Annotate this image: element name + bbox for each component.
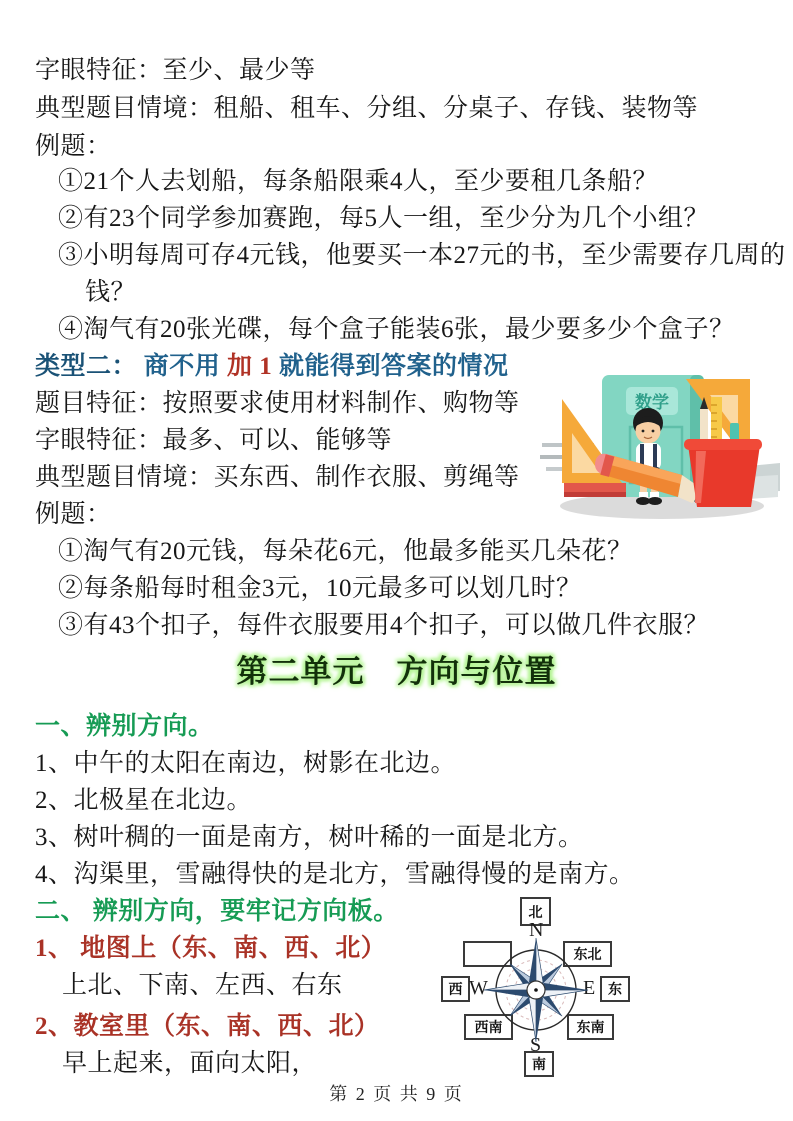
type2-text-red: 加 1: [227, 353, 279, 380]
document-page: 字眼特征：至少、最少等 典型题目情境：租船、租车、分组、分桌子、存钱、装物等 例…: [0, 0, 793, 1121]
line-example-1-3-cont: 钱？: [85, 272, 136, 308]
compass-east-box: 东: [600, 976, 630, 1002]
type2-text-blue2: 就能得到答案的情况: [279, 353, 509, 380]
direction-fact-3: 3、树叶稠的一面是南方，树叶稀的一面是北方。: [35, 817, 584, 853]
direction-fact-4: 4、沟渠里，雪融得快的是北方，雪融得慢的是南方。: [35, 854, 635, 890]
classroom-directions-line: 2、教室里（东、南、西、北）: [35, 1006, 380, 1042]
section1-heading: 一、辨别方向。: [35, 706, 214, 742]
direction-fact-1: 1、中午的太阳在南边，树影在北边。: [35, 743, 456, 779]
line-example-label-2: 例题：: [35, 494, 112, 530]
illustration-graphic: 数学: [540, 371, 782, 523]
map-directions-line: 1、 地图上（东、南、西、北）: [35, 928, 386, 964]
type2-text-blue1: 商不用: [144, 353, 221, 380]
line-example-2-1: ①淘气有20元钱，每朵花6元，他最多能买几朵花？: [58, 531, 633, 567]
line-example-1-3: ③小明每周可存4元钱，他要买一本27元的书，至少需要存几周的: [58, 235, 786, 271]
compass-south-box: 南: [524, 1051, 554, 1077]
line-example-1-1: ①21个人去划船，每条船限乘4人，至少要租几条船？: [58, 161, 658, 197]
unit2-title: 第二单元 方向与位置: [0, 646, 793, 691]
map-directions-rule: 上北、下南、左西、右东: [62, 965, 343, 1001]
line-example-1-4: ④淘气有20张光碟，每个盒子能装6张，最少要多少个盒子？: [58, 309, 735, 345]
line-example-2-2: ②每条船每时租金3元，10元最多可以划几时？: [58, 568, 582, 604]
line-typical-context-2: 典型题目情境：买东西、制作衣服、剪绳等: [35, 457, 520, 493]
type2-label: 类型二：: [35, 353, 137, 380]
line-example-1-2: ②有23个同学参加赛跑，每5人一组，至少分为几个小组？: [58, 198, 709, 234]
page-number-footer: 第 2 页 共 9 页: [0, 1080, 793, 1106]
line-keyword-feature-1: 字眼特征：至少、最少等: [35, 50, 316, 86]
line-example-label-1: 例题：: [35, 126, 112, 162]
compass-rose-icon: [480, 934, 592, 1046]
section2-heading: 二、 辨别方向，要牢记方向板。: [35, 891, 399, 927]
direction-fact-2: 2、北极星在北边。: [35, 780, 252, 816]
line-question-feature-2: 题目特征：按照要求使用材料制作、购物等: [35, 383, 520, 419]
student-stationery-illustration: 数学: [540, 371, 782, 523]
line-example-2-3: ③有43个扣子，每件衣服要用4个扣子，可以做几件衣服？: [58, 605, 709, 641]
line-typical-context-1: 典型题目情境：租船、租车、分组、分桌子、存钱、装物等: [35, 88, 698, 124]
classroom-directions-rule: 早上起来，面向太阳，: [62, 1043, 317, 1079]
line-keyword-feature-2: 字眼特征：最多、可以、能够等: [35, 420, 392, 456]
compass-west-box: 西: [441, 976, 470, 1002]
line-type2-heading: 类型二： 商不用 加 1 就能得到答案的情况: [35, 346, 509, 382]
